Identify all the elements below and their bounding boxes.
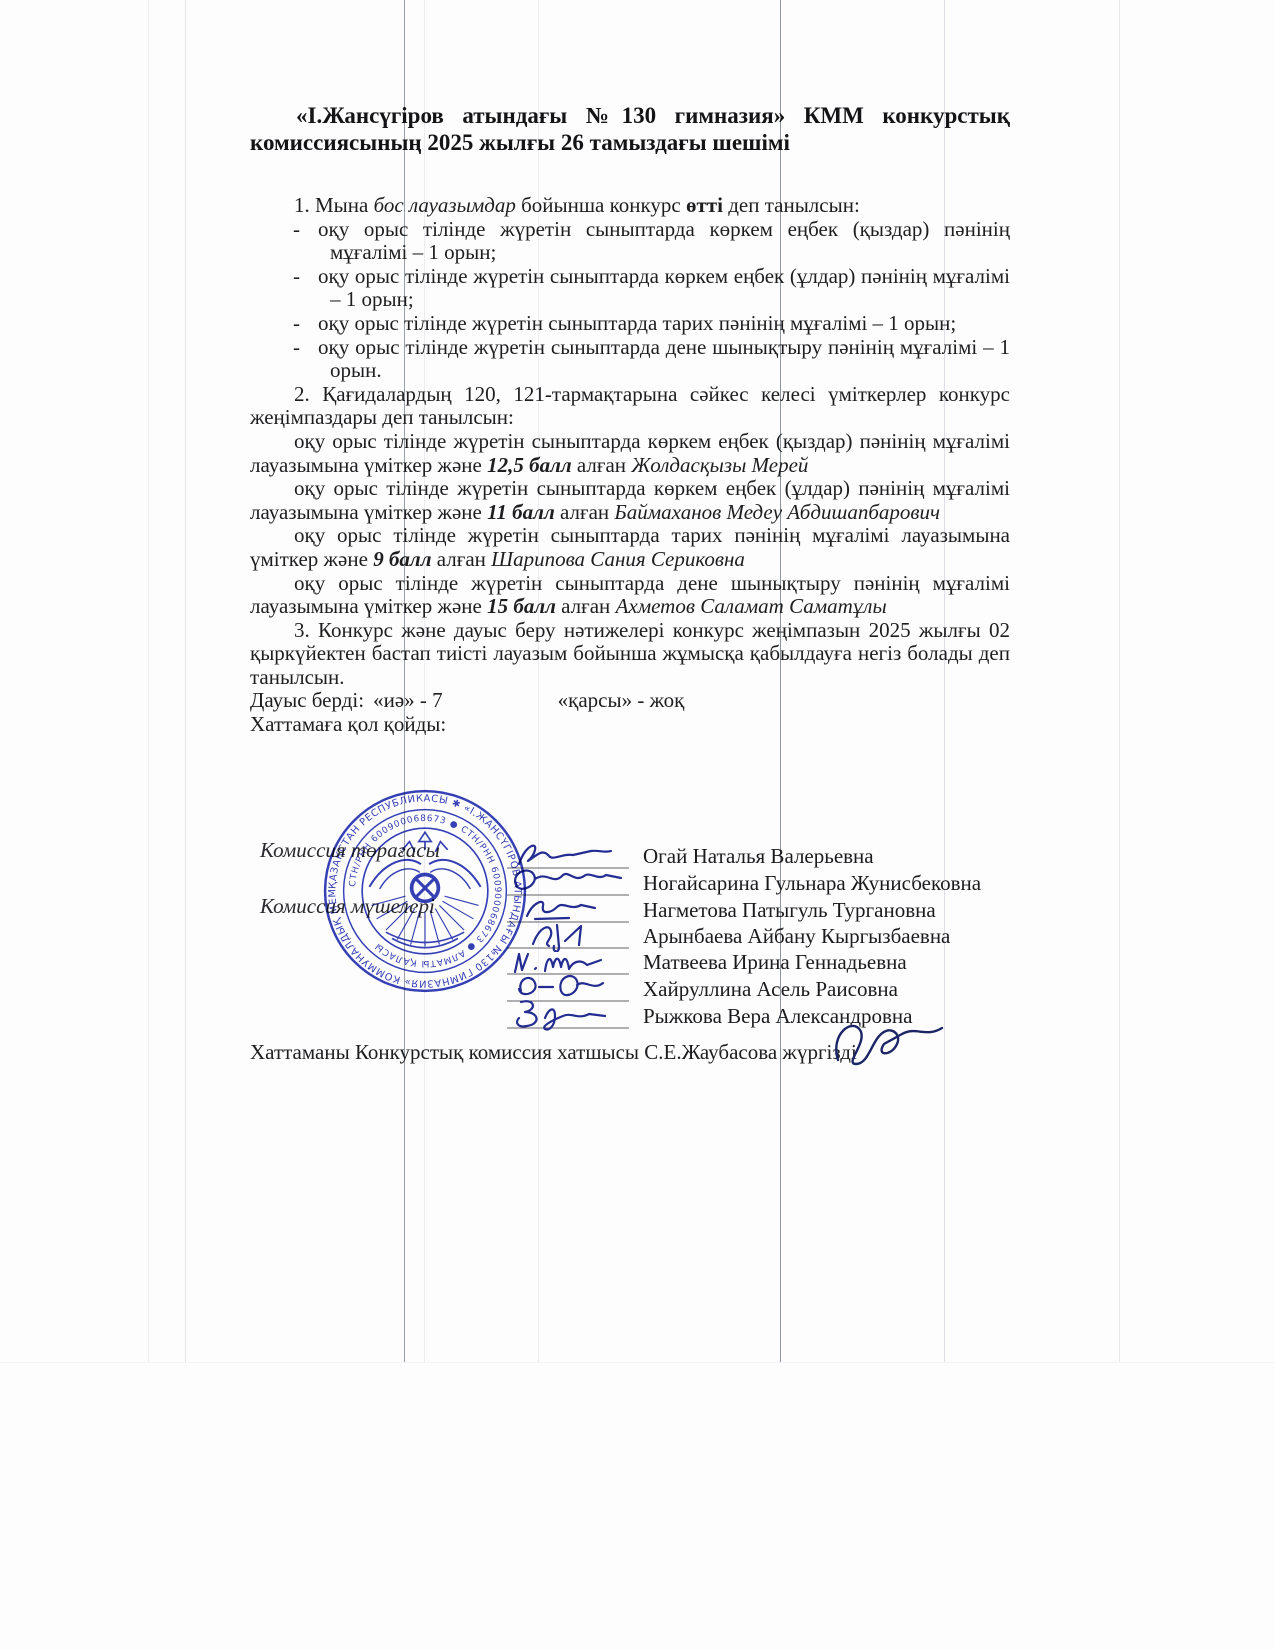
vacancy-list-item: -оқу орыс тілінде жүретін сыныптарда көр… [250,218,1010,265]
bullet-dash: - [293,312,318,336]
winner-score: 12,5 балл [487,453,572,477]
winner-score: 11 балл [487,500,555,524]
bullet-dash: - [293,336,318,360]
vote-label: Дауыс берді: [250,688,364,712]
scan-edge-line [0,1362,1275,1363]
signing-heading: Хаттамаға қол қойды: [250,713,1010,737]
secretary-line: Хаттаманы Конкурстық комиссия хатшысы С.… [250,1040,1010,1065]
point-number: 1. [294,193,310,217]
winner-name: Баймаханов Медеу Абдишапбарович [614,500,940,524]
winner-paragraph: оқу орыс тілінде жүретін сыныптарда дене… [250,572,1010,619]
winner-paragraph: оқу орыс тілінде жүретін сыныптарда көрк… [250,430,1010,477]
scan-artifact-line [1119,0,1120,1362]
bullet-dash: - [293,218,318,242]
winner-paragraph: оқу орыс тілінде жүретін сыныптарда көрк… [250,477,1010,524]
secretary-signature [828,1016,948,1076]
vacancy-list-item: -оқу орыс тілінде жүретін сыныптарда көр… [250,265,1010,312]
stamp-emblem [369,832,480,947]
vote-result-line: Дауыс берді:«иә» - 7«қарсы» - жоқ [250,689,1010,713]
winner-score: 9 балл [373,547,431,571]
decision-point-3: 3. Конкурс және дауыс беру нәтижелері ко… [250,619,1010,690]
scanned-document-page: { "colors": { "page_background": "#fdfdf… [0,0,1275,1650]
passed-emphasis: өтті [686,193,723,217]
secretary-text: Хаттаманы Конкурстық комиссия хатшысы С.… [250,1040,857,1064]
vote-yes-count: «иә» - 7 [373,688,443,712]
decision-point-1: 1. Мына бос лауазымдар бойынша конкурс ө… [250,194,1010,218]
signature-ink [505,998,633,1032]
winner-paragraph: оқу орыс тілінде жүретін сыныптарда тари… [250,524,1010,571]
official-stamp: ҚАЗАҚСТАН РЕСПУБЛИКАСЫ ✱ «І.ЖАНСҮГІРОВ А… [322,788,528,994]
scan-artifact-line [185,0,186,1362]
winner-name: Шарипова Сания Сериковна [491,547,745,571]
vacancy-list-item: -оқу орыс тілінде жүретін сыныптарда тар… [250,312,1010,336]
bullet-dash: - [293,265,318,289]
vacancies-emphasis: бос лауазымдар [374,193,516,217]
vote-no-count: «қарсы» - жоқ [558,688,685,712]
vacancy-list-item: -оқу орыс тілінде жүретін сыныптарда ден… [250,336,1010,383]
document-body: 1. Мына бос лауазымдар бойынша конкурс ө… [250,194,1010,737]
winner-score: 15 балл [487,594,556,618]
scan-artifact-line [148,0,149,1362]
winner-name: Ахметов Саламат Саматұлы [616,594,887,618]
decision-point-2: 2. Қағидалардың 120, 121-тармақтарына сә… [250,383,1010,430]
document-title: «І.Жансүгіров атындағы №130 гимназия» КМ… [250,102,1010,156]
winner-name: Жолдасқызы Мерей [631,453,808,477]
